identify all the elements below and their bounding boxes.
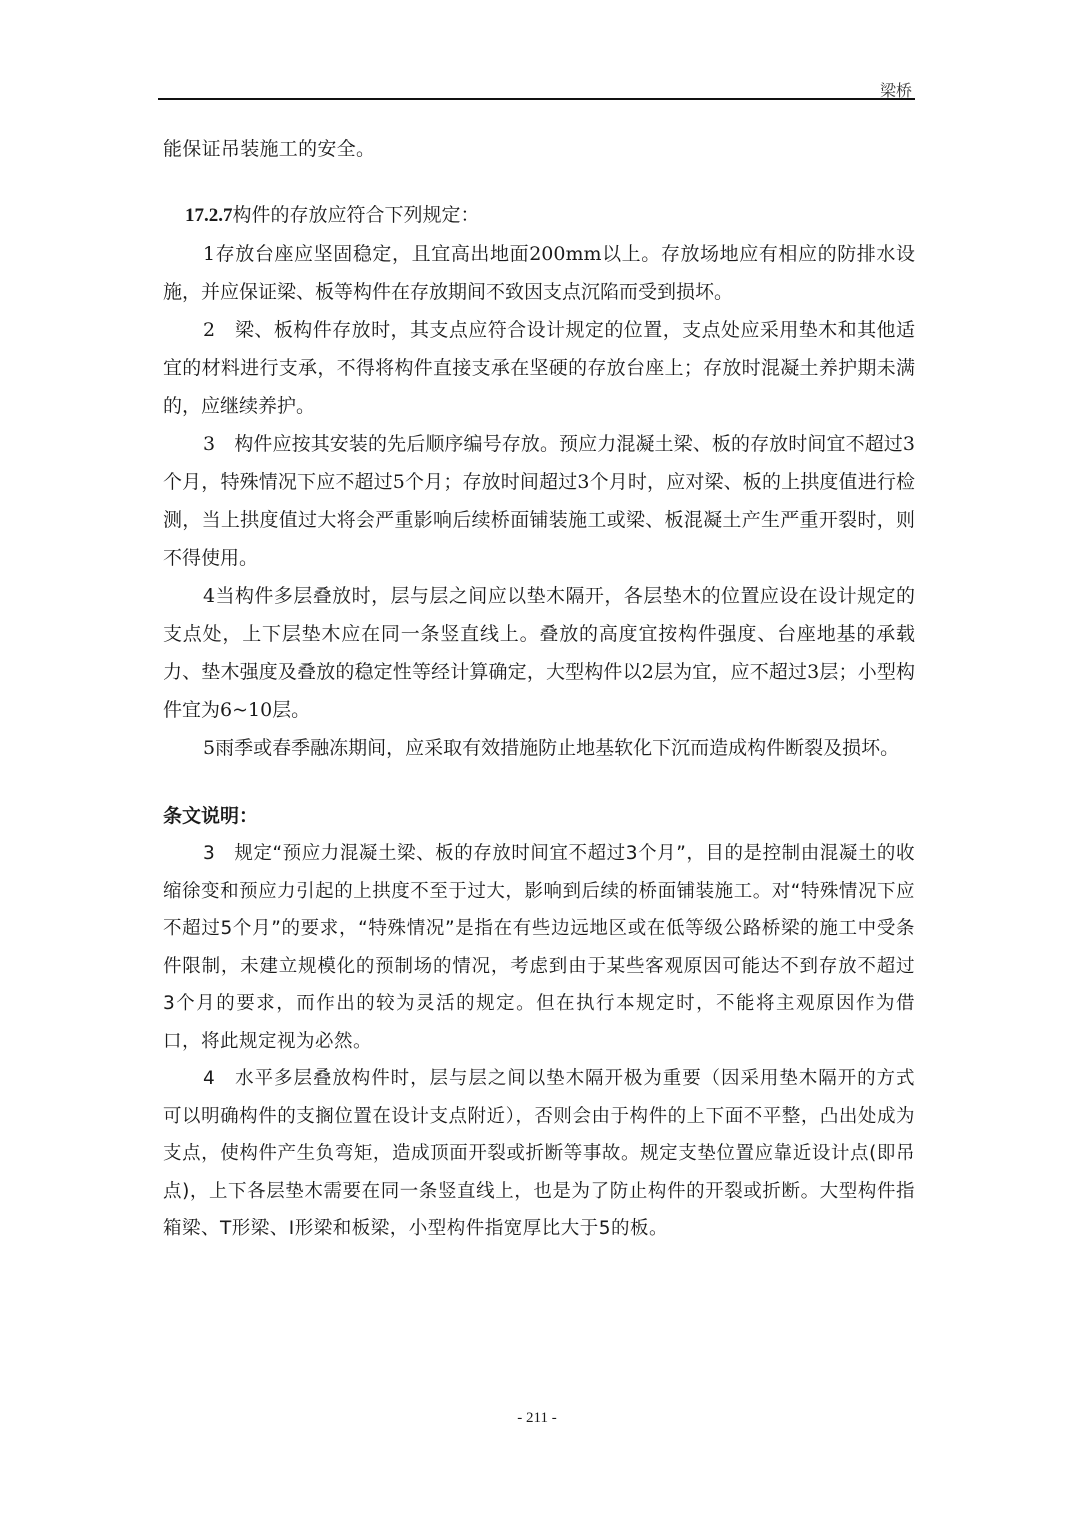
page-body: 能保证吊装施工的安全。 17.2.7构件的存放应符合下列规定： 1存放台座应坚固… [163, 130, 915, 1248]
explanation-item-4: 4 水平多层叠放构件时，层与层之间以垫木隔开极为重要（因采用垫木隔开的方式可以明… [163, 1060, 915, 1248]
intro-line: 能保证吊装施工的安全。 [163, 130, 915, 168]
clause-item-3: 3 构件应按其安装的先后顺序编号存放。预应力混凝土梁、板的存放时间宜不超过3个月… [163, 425, 915, 577]
clause-item-2: 2 梁、板构件存放时，其支点应符合设计规定的位置，支点处应采用垫木和其他适宜的材… [163, 311, 915, 425]
header-rule [158, 98, 915, 100]
explanation-heading: 条文说明： [163, 797, 915, 835]
clause-item-5: 5雨季或春季融冻期间，应采取有效措施防止地基软化下沉而造成构件断裂及损坏。 [163, 729, 915, 767]
explanation-item-3: 3 规定“预应力混凝土梁、板的存放时间宜不超过3个月”，目的是控制由混凝土的收缩… [163, 835, 915, 1060]
clause-item-4: 4当构件多层叠放时，层与层之间应以垫木隔开，各层垫木的位置应设在设计规定的支点处… [163, 577, 915, 729]
clause-heading: 17.2.7构件的存放应符合下列规定： [163, 196, 915, 235]
clause-item-1: 1存放台座应坚固稳定，且宜高出地面200mm以上。存放场地应有相应的防排水设施，… [163, 235, 915, 311]
page-number: - 211 - [0, 1410, 1074, 1427]
clause-title: 构件的存放应符合下列规定： [233, 204, 480, 226]
clause-number: 17.2.7 [185, 205, 233, 226]
